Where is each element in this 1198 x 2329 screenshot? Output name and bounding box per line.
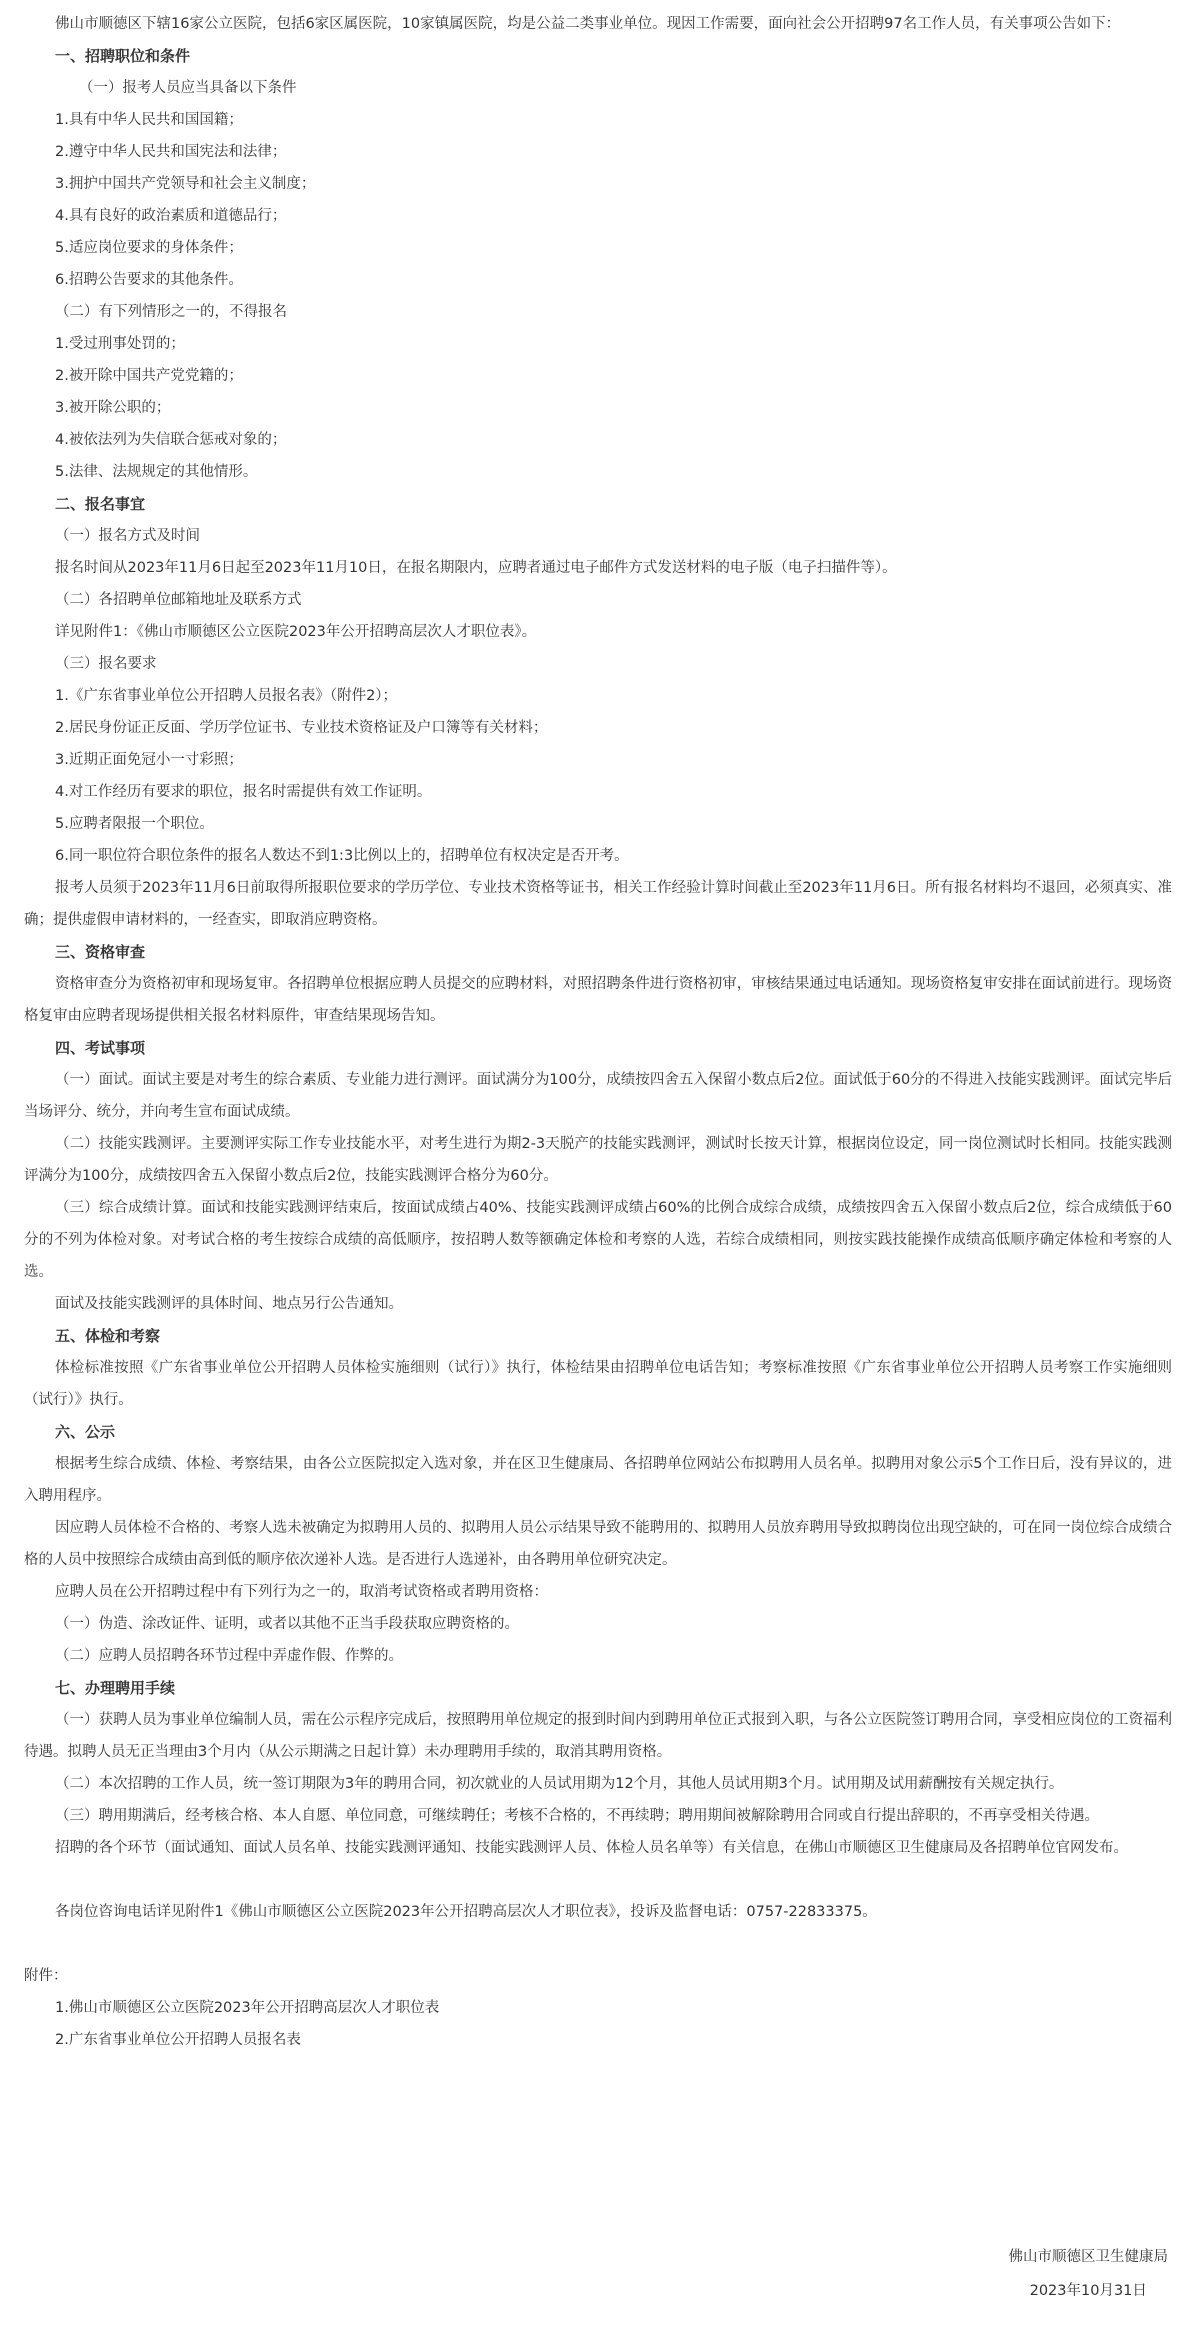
list-item: 3.近期正面免冠小一寸彩照； — [24, 744, 1172, 776]
contact-reference-text: 详见附件1：《佛山市顺德区公立医院2023年公开招聘高层次人才职位表》。 — [24, 616, 1172, 648]
registration-note: 报考人员须于2023年11月6日前取得所报职位要求的学历学位、专业技术资格等证书… — [24, 872, 1172, 936]
signature-date: 2023年10月31日 — [1009, 2274, 1169, 2308]
contact-text: 各岗位咨询电话详见附件1《佛山市顺德区公立医院2023年公开招聘高层次人才职位表… — [24, 1896, 1172, 1928]
employment-text-1: （一）获聘人员为事业单位编制人员，需在公示程序完成后，按照聘用单位规定的报到时间… — [24, 1704, 1172, 1768]
list-item: 1.具有中华人民共和国国籍； — [24, 104, 1172, 136]
section-2-sub-2-heading: （二）各招聘单位邮箱地址及联系方式 — [24, 584, 1172, 616]
list-item: （二）应聘人员招聘各环节过程中弄虚作假、作弊的。 — [24, 1640, 1172, 1672]
notice-document: 佛山市顺德区下辖16家公立医院，包括6家区属医院，10家镇属医院，均是公益二类事… — [0, 0, 1198, 2056]
list-item: 4.具有良好的政治素质和道德品行； — [24, 200, 1172, 232]
attachment-link-2[interactable]: 2.广东省事业单位公开招聘人员报名表 — [24, 2024, 1172, 2056]
section-1-heading: 一、招聘职位和条件 — [24, 40, 1172, 72]
medical-exam-text: 体检标准按照《广东省事业单位公开招聘人员体检实施细则（试行）》执行，体检结果由招… — [24, 1352, 1172, 1416]
list-item: 3.拥护中国共产党领导和社会主义制度； — [24, 168, 1172, 200]
list-item: 2.居民身份证正反面、学历学位证书、专业技术资格证及户口簿等有关材料； — [24, 712, 1172, 744]
section-4-heading: 四、考试事项 — [24, 1032, 1172, 1064]
attachments-label: 附件： — [24, 1960, 1172, 1992]
skill-test-text: （二）技能实践测评。主要测评实际工作专业技能水平，对考生进行为期2-3天脱产的技… — [24, 1128, 1172, 1192]
signature-org: 佛山市顺德区卫生健康局 — [1009, 2240, 1169, 2274]
spacer — [24, 1928, 1172, 1960]
interview-text: （一）面试。面试主要是对考生的综合素质、专业能力进行测评。面试满分为100分，成… — [24, 1064, 1172, 1128]
list-item: （一）伪造、涂改证件、证明，或者以其他不正当手段获取应聘资格的。 — [24, 1608, 1172, 1640]
section-2-sub-3-heading: （三）报名要求 — [24, 648, 1172, 680]
employment-text-3: （三）聘用期满后，经考核合格、本人自愿、单位同意，可继续聘任；考核不合格的，不再… — [24, 1800, 1172, 1832]
employment-text-2: （二）本次招聘的工作人员，统一签订期限为3年的聘用合同，初次就业的人员试用期为1… — [24, 1768, 1172, 1800]
section-2-sub-1-heading: （一）报名方式及时间 — [24, 520, 1172, 552]
intro-paragraph: 佛山市顺德区下辖16家公立医院，包括6家区属医院，10家镇属医院，均是公益二类事… — [24, 8, 1172, 40]
list-item: 2.被开除中国共产党党籍的； — [24, 360, 1172, 392]
section-6-heading: 六、公示 — [24, 1416, 1172, 1448]
publicity-text: 根据考生综合成绩、体检、考察结果，由各公立医院拟定入选对象，并在区卫生健康局、各… — [24, 1448, 1172, 1512]
section-5-heading: 五、体检和考察 — [24, 1320, 1172, 1352]
list-item: 1.受过刑事处罚的； — [24, 328, 1172, 360]
section-2-heading: 二、报名事宜 — [24, 488, 1172, 520]
section-1-sub-1-heading: （一）报考人员应当具备以下条件 — [24, 72, 1172, 104]
spacer — [24, 1864, 1172, 1896]
composite-score-text: （三）综合成绩计算。面试和技能实践测评结束后，按面试成绩占40%、技能实践测评成… — [24, 1192, 1172, 1288]
list-item: 6.同一职位符合职位条件的报名人数达不到1:3比例以上的，招聘单位有权决定是否开… — [24, 840, 1172, 872]
qualification-review-text: 资格审查分为资格初审和现场复审。各招聘单位根据应聘人员提交的应聘材料，对照招聘条… — [24, 968, 1172, 1032]
list-item: 5.应聘者限报一个职位。 — [24, 808, 1172, 840]
section-3-heading: 三、资格审查 — [24, 936, 1172, 968]
exam-schedule-note: 面试及技能实践测评的具体时间、地点另行公告通知。 — [24, 1288, 1172, 1320]
attachment-link-1[interactable]: 1.佛山市顺德区公立医院2023年公开招聘高层次人才职位表 — [24, 1992, 1172, 2024]
info-release-text: 招聘的各个环节（面试通知、面试人员名单、技能实践测评通知、技能实践测评人员、体检… — [24, 1832, 1172, 1864]
section-7-heading: 七、办理聘用手续 — [24, 1672, 1172, 1704]
list-item: 2.遵守中华人民共和国宪法和法律； — [24, 136, 1172, 168]
list-item: 4.对工作经历有要求的职位，报名时需提供有效工作证明。 — [24, 776, 1172, 808]
list-item: 1.《广东省事业单位公开招聘人员报名表》（附件2）； — [24, 680, 1172, 712]
registration-time-text: 报名时间从2023年11月6日起至2023年11月10日，在报名期限内，应聘者通… — [24, 552, 1172, 584]
list-item: 6.招聘公告要求的其他条件。 — [24, 264, 1172, 296]
list-item: 4.被依法列为失信联合惩戒对象的； — [24, 424, 1172, 456]
section-1-sub-2-heading: （二）有下列情形之一的，不得报名 — [24, 296, 1172, 328]
disqualification-intro: 应聘人员在公开招聘过程中有下列行为之一的，取消考试资格或者聘用资格： — [24, 1576, 1172, 1608]
replacement-text: 因应聘人员体检不合格的、考察人选未被确定为拟聘用人员的、拟聘用人员公示结果导致不… — [24, 1512, 1172, 1576]
list-item: 3.被开除公职的； — [24, 392, 1172, 424]
signature-block: 佛山市顺德区卫生健康局 2023年10月31日 — [1009, 2240, 1169, 2308]
list-item: 5.法律、法规规定的其他情形。 — [24, 456, 1172, 488]
list-item: 5.适应岗位要求的身体条件； — [24, 232, 1172, 264]
